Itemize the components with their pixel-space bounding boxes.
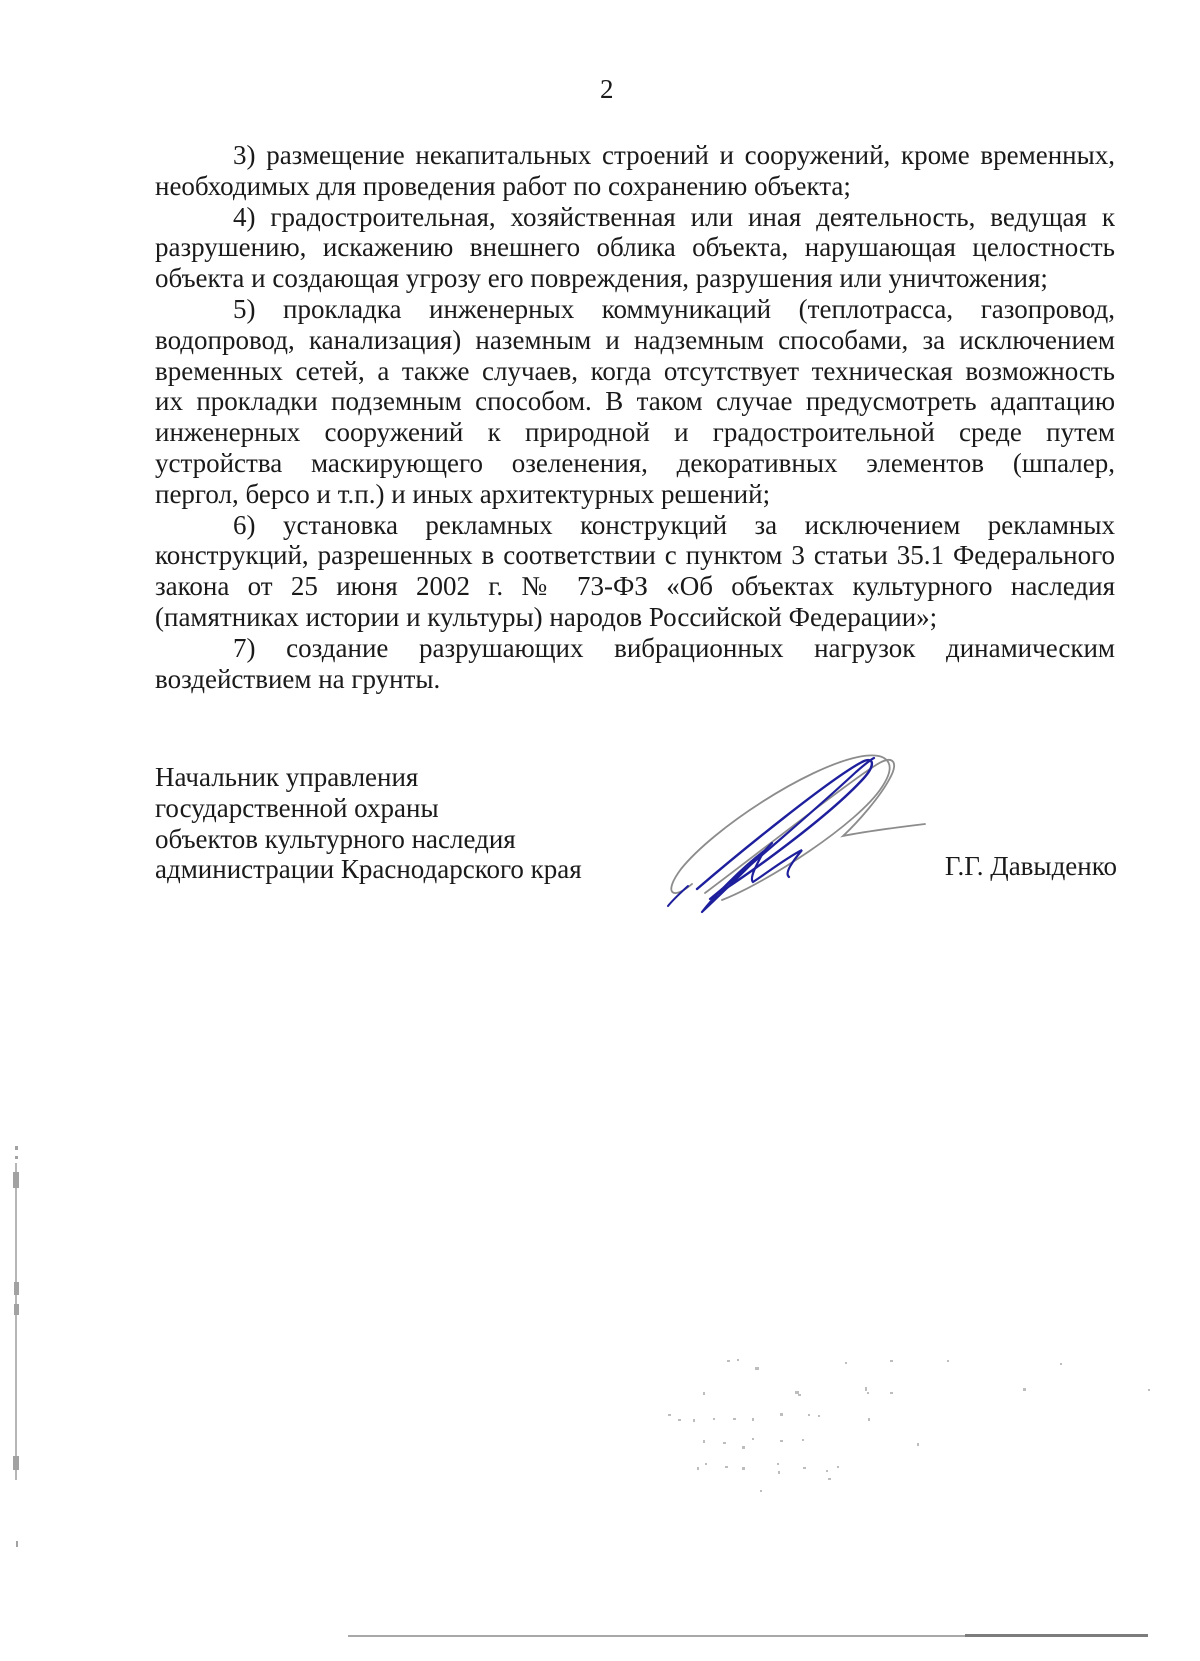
document-line: пергол, берсо и т.п.) и иных архитектурн… [155,479,1115,510]
scan-artifact-speck [837,1466,839,1468]
scan-artifact-speck [890,1392,893,1394]
scan-artifact-speck [808,1414,810,1416]
document-line: водопровод, канализация) наземным и надз… [155,325,1115,356]
document-body: 3) размещение некапитальных строений и с… [155,140,1115,694]
scan-artifact-speck [723,1442,726,1444]
scan-artifact-blob [15,1156,18,1159]
scan-artifact-speck [802,1439,804,1441]
scan-artifact-bottom-line [965,1634,1148,1637]
scan-artifact-speck [867,1392,869,1394]
scan-artifact-speck [737,1359,739,1361]
scan-artifact-blob [15,1146,18,1150]
scan-artifact-speck [742,1446,745,1449]
scan-artifact-speck [777,1463,779,1465]
document-line: 5) прокладка инженерных коммуникаций (те… [155,294,1115,325]
scan-artifact-speck [890,1360,893,1362]
document-line: устройства маскирующего озеленения, деко… [155,448,1115,479]
scan-artifact-speck [703,1440,705,1443]
scan-artifact-speck [1023,1388,1026,1391]
document-line: временных сетей, а также случаев, когда … [155,356,1115,387]
scan-artifact-speck [705,1463,707,1465]
scan-artifact-speck [826,1470,828,1472]
scan-artifact-blob [13,1456,19,1470]
scan-artifact-left-line [15,1163,17,1480]
scan-artifact-speck [778,1471,780,1474]
scan-artifact-speck [1148,1389,1150,1391]
document-line: объекта и создающая угрозу его поврежден… [155,263,1115,294]
scan-artifact-speck [760,1490,762,1492]
scan-artifact-speck [733,1418,736,1420]
scan-artifact-speck [917,1443,919,1446]
scanned-document-page: 2 3) размещение некапитальных строений и… [0,0,1200,1661]
scan-artifact-speck [755,1367,759,1370]
document-line: разрушению, искажению внешнего облика об… [155,232,1115,263]
scan-artifact-blob [14,1282,19,1295]
document-line: закона от 25 июня 2002 г. № 73-ФЗ «Об об… [155,571,1115,602]
signatory-title-line: объектов культурного наследия [155,824,582,855]
document-line: 6) установка рекламных конструкций за ис… [155,510,1115,541]
scan-artifact-speck [668,1414,671,1416]
scan-artifact-speck [818,1415,820,1417]
scan-artifact-speck [947,1360,949,1362]
scan-artifact-speck [752,1418,754,1421]
scan-artifact-speck [725,1466,728,1468]
signatory-name: Г.Г. Давыденко [945,851,1117,881]
scan-artifact-speck [780,1413,783,1416]
scan-artifact-speck [828,1478,831,1480]
scan-artifact-speck [865,1387,867,1391]
scan-artifact-blob [16,1541,18,1547]
scan-artifact-speck [693,1419,695,1422]
scan-artifact-blob [13,1172,19,1188]
scan-artifact-speck [727,1360,730,1362]
document-line: необходимых для проведения работ по сохр… [155,171,1115,202]
signatory-title-line: Начальник управления [155,762,582,793]
scan-artifact-speck [780,1440,783,1442]
scan-artifact-speck [803,1467,806,1469]
signatory-title-line: государственной охраны [155,793,582,824]
scan-artifact-speck [697,1467,699,1470]
document-line: воздействием на грунты. [155,664,1115,695]
scan-artifact-bottom-line [348,1635,965,1637]
document-line: 7) создание разрушающих вибрационных наг… [155,633,1115,664]
scan-artifact-speck [713,1418,715,1420]
scan-artifact-speck [798,1394,801,1396]
document-line: 4) градостроительная, хозяйственная или … [155,202,1115,233]
page-number: 2 [600,74,690,104]
scan-artifact-speck [845,1362,847,1364]
document-line: (памятниках истории и культуры) народов … [155,602,1115,633]
document-line: инженерных сооружений к природной и град… [155,417,1115,448]
document-line: конструкций, разрешенных в соответствии … [155,540,1115,571]
scan-artifact-blob [14,1304,19,1315]
scan-artifact-speck [742,1467,745,1470]
scan-artifact-speck [752,1438,754,1440]
document-line: их прокладки подземным способом. В таком… [155,386,1115,417]
scan-artifact-speck [868,1418,870,1421]
signatory-title-line: администрации Краснодарского края [155,854,582,885]
scan-artifact-speck [1060,1363,1062,1365]
scan-artifact-speck [678,1419,681,1421]
document-line: 3) размещение некапитальных строений и с… [155,140,1115,171]
signatory-title-block: Начальник управлениягосударственной охра… [155,762,582,885]
scan-artifact-speck [703,1392,705,1395]
handwritten-signature [650,715,950,925]
